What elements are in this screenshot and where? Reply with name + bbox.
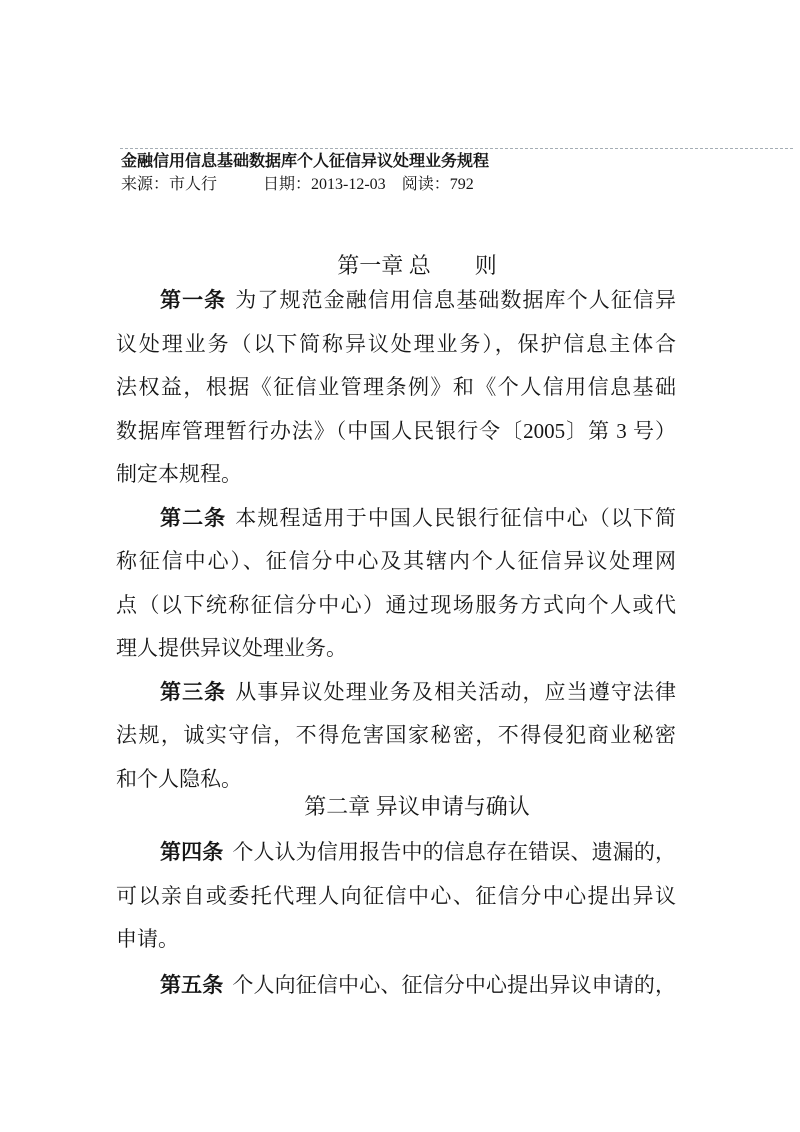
paragraph-line: 第二条本规程适用于中国人民银行征信中心（以下简 — [116, 497, 676, 541]
document-meta: 来源：市人行日期：2013-12-03阅读：792 — [116, 175, 676, 194]
document-page: 金融信用信息基础数据库个人征信异议处理业务规程 来源：市人行日期：2013-12… — [0, 0, 800, 1132]
paragraph-line: 称征信中心）、征信分中心及其辖内个人征信异议处理网 — [116, 540, 676, 584]
dashed-divider — [120, 148, 793, 149]
article-number: 第一条 — [160, 288, 226, 312]
article-number: 第四条 — [160, 840, 223, 864]
paragraph-article-5: 第五条个人向征信中心、征信分中心提出异议申请的， — [116, 964, 676, 1008]
paragraph-line: 第五条个人向征信中心、征信分中心提出异议申请的， — [116, 964, 676, 1008]
paragraph-line: 法规，诚实守信，不得危害国家秘密，不得侵犯商业秘密 — [116, 714, 676, 758]
paragraph-line: 理人提供异议处理业务。 — [116, 627, 676, 671]
meta-source: 来源：市人行 — [121, 176, 217, 193]
paragraph-line: 制定本规程。 — [116, 453, 676, 497]
paragraph-line: 议处理业务（以下简称异议处理业务），保护信息主体合 — [116, 323, 676, 367]
line-text: 本规程适用于中国人民银行征信中心（以下简 — [235, 506, 676, 530]
paragraph-line: 点（以下统称征信分中心）通过现场服务方式向个人或代 — [116, 584, 676, 628]
paragraph-line: 数据库管理暂行办法》（中国人民银行令〔2005〕第 3 号） — [116, 410, 676, 454]
paragraph-line: 第一条为了规范金融信用信息基础数据库个人征信异 — [116, 279, 676, 323]
paragraph-line: 法权益，根据《征信业管理条例》和《个人信用信息基础 — [116, 366, 676, 410]
paragraph-line: 第三条从事异议处理业务及相关活动，应当遵守法律 — [116, 671, 676, 715]
article-number: 第三条 — [160, 680, 226, 704]
line-text: 为了规范金融信用信息基础数据库个人征信异 — [235, 288, 676, 312]
paragraph-line: 第四条个人认为信用报告中的信息存在错误、遗漏的， — [116, 831, 676, 875]
document-title: 金融信用信息基础数据库个人征信异议处理业务规程 — [116, 152, 676, 171]
meta-views: 阅读：792 — [402, 176, 474, 193]
paragraph-article-4: 第四条个人认为信用报告中的信息存在错误、遗漏的， 可以亲自或委托代理人向征信中心… — [116, 831, 676, 962]
article-number: 第二条 — [160, 506, 226, 530]
chapter-1-heading: 第一章 总 则 — [116, 253, 676, 279]
line-text: 个人向征信中心、征信分中心提出异议申请的， — [232, 973, 676, 997]
paragraph-article-3: 第三条从事异议处理业务及相关活动，应当遵守法律 法规，诚实守信，不得危害国家秘密… — [116, 671, 676, 802]
paragraph-line: 可以亲自或委托代理人向征信中心、征信分中心提出异议 — [116, 875, 676, 919]
meta-date: 日期：2013-12-03 — [263, 176, 386, 193]
line-text: 个人认为信用报告中的信息存在错误、遗漏的， — [232, 840, 676, 864]
line-text: 从事异议处理业务及相关活动，应当遵守法律 — [235, 680, 676, 704]
document-content: 金融信用信息基础数据库个人征信异议处理业务规程 来源：市人行日期：2013-12… — [116, 152, 676, 1007]
article-number: 第五条 — [160, 973, 223, 997]
paragraph-article-2: 第二条本规程适用于中国人民银行征信中心（以下简 称征信中心）、征信分中心及其辖内… — [116, 497, 676, 671]
paragraph-article-1: 第一条为了规范金融信用信息基础数据库个人征信异 议处理业务（以下简称异议处理业务… — [116, 279, 676, 497]
paragraph-line: 申请。 — [116, 918, 676, 962]
